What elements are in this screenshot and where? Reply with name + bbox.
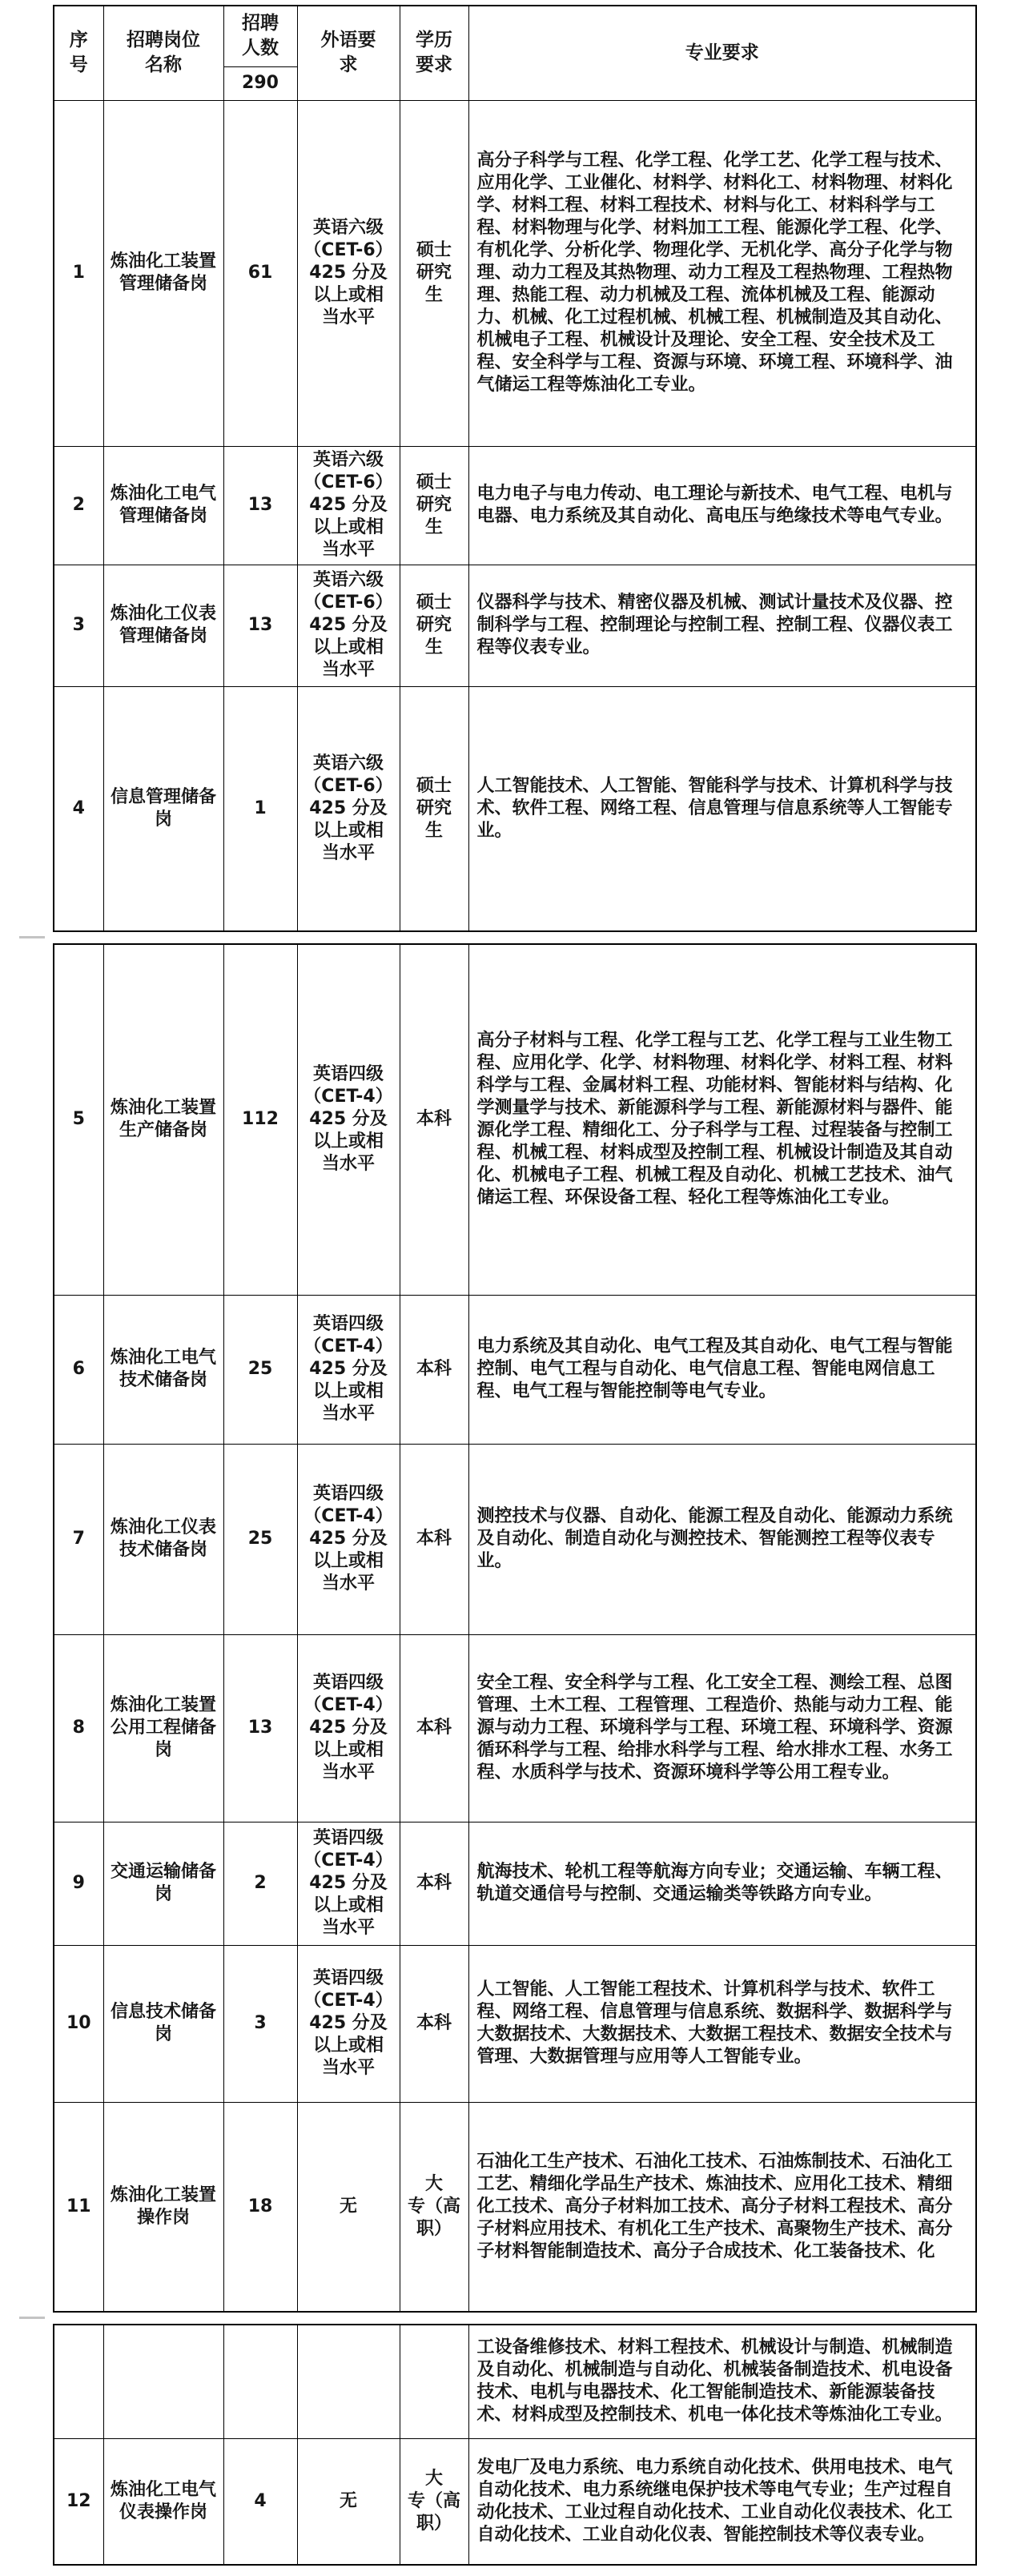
cell-education-requirement: 本科 xyxy=(400,944,468,1295)
cell-education-requirement: 本科 xyxy=(400,1634,468,1822)
page-break-dash xyxy=(19,2317,45,2319)
cell-major-requirement: 工设备维修技术、材料工程技术、机械设计与制造、机械制造及自动化、机械制造与自动化… xyxy=(468,2325,976,2438)
cell-position-name: 炼油化工电气管理储备岗 xyxy=(103,446,223,565)
cell-headcount: 25 xyxy=(223,1295,297,1444)
cell-language-requirement: 英语四级 （CET-4） 425 分及 以上或相 当水平 xyxy=(297,944,400,1295)
table-row: 12 炼油化工电气仪表操作岗 4 无 大 专（高 职） 发电厂及电力系统、电力系… xyxy=(54,2438,976,2565)
recruitment-table-segment-3: 工设备维修技术、材料工程技术、机械设计与制造、机械制造及自动化、机械制造与自动化… xyxy=(53,2324,977,2566)
table-row: 6 炼油化工电气技术储备岗 25 英语四级 （CET-4） 425 分及 以上或… xyxy=(54,1295,976,1444)
cell-position-name: 交通运输储备岗 xyxy=(103,1822,223,1945)
cell-headcount: 13 xyxy=(223,565,297,686)
table-row: 2 炼油化工电气管理储备岗 13 英语六级 （CET-6） 425 分及 以上或… xyxy=(54,446,976,565)
cell-position-name: 炼油化工仪表管理储备岗 xyxy=(103,565,223,686)
header-language-requirement: 外语要 求 xyxy=(297,6,400,100)
table-row: 4 信息管理储备岗 1 英语六级 （CET-6） 425 分及 以上或相 当水平… xyxy=(54,686,976,931)
cell-headcount xyxy=(223,2325,297,2438)
cell-position-name: 炼油化工电气技术储备岗 xyxy=(103,1295,223,1444)
cell-position-name: 炼油化工装置生产储备岗 xyxy=(103,944,223,1295)
cell-serial-number: 5 xyxy=(54,944,103,1295)
cell-language-requirement: 英语六级 （CET-6） 425 分及 以上或相 当水平 xyxy=(297,446,400,565)
cell-serial-number: 1 xyxy=(54,100,103,446)
cell-headcount: 2 xyxy=(223,1822,297,1945)
cell-headcount: 25 xyxy=(223,1444,297,1634)
cell-education-requirement xyxy=(400,2325,468,2438)
cell-language-requirement xyxy=(297,2325,400,2438)
cell-headcount: 13 xyxy=(223,446,297,565)
cell-major-requirement: 仪器科学与技术、精密仪器及机械、测试计量技术及仪器、控制科学与工程、控制理论与控… xyxy=(468,565,976,686)
cell-major-requirement: 高分子材料与工程、化学工程与工艺、化学工程与工业生物工程、应用化学、化学、材料物… xyxy=(468,944,976,1295)
header-headcount: 招聘 人数 xyxy=(223,6,297,66)
cell-serial-number: 6 xyxy=(54,1295,103,1444)
cell-language-requirement: 英语四级 （CET-4） 425 分及 以上或相 当水平 xyxy=(297,1634,400,1822)
cell-headcount: 1 xyxy=(223,686,297,931)
cell-position-name: 炼油化工仪表技术储备岗 xyxy=(103,1444,223,1634)
cell-position-name: 炼油化工电气仪表操作岗 xyxy=(103,2438,223,2565)
cell-education-requirement: 大 专（高 职） xyxy=(400,2102,468,2312)
cell-education-requirement: 大 专（高 职） xyxy=(400,2438,468,2565)
cell-education-requirement: 硕士 研究 生 xyxy=(400,446,468,565)
cell-position-name: 炼油化工装置管理储备岗 xyxy=(103,100,223,446)
table-row: 7 炼油化工仪表技术储备岗 25 英语四级 （CET-4） 425 分及 以上或… xyxy=(54,1444,976,1634)
table-row: 5 炼油化工装置生产储备岗 112 英语四级 （CET-4） 425 分及 以上… xyxy=(54,944,976,1295)
cell-language-requirement: 无 xyxy=(297,2438,400,2565)
cell-language-requirement: 英语六级 （CET-6） 425 分及 以上或相 当水平 xyxy=(297,100,400,446)
cell-position-name: 炼油化工装置公用工程储备岗 xyxy=(103,1634,223,1822)
cell-serial-number: 11 xyxy=(54,2102,103,2312)
table-row: 1 炼油化工装置管理储备岗 61 英语六级 （CET-6） 425 分及 以上或… xyxy=(54,100,976,446)
cell-education-requirement: 硕士 研究 生 xyxy=(400,100,468,446)
cell-language-requirement: 英语六级 （CET-6） 425 分及 以上或相 当水平 xyxy=(297,686,400,931)
header-row: 序 号 招聘岗位 名称 招聘 人数 外语要 求 学历 要求 专业要求 xyxy=(54,6,976,66)
cell-education-requirement: 本科 xyxy=(400,1822,468,1945)
cell-position-name: 信息技术储备岗 xyxy=(103,1945,223,2102)
cell-language-requirement: 英语四级 （CET-4） 425 分及 以上或相 当水平 xyxy=(297,1295,400,1444)
recruitment-positions-page: 序 号 招聘岗位 名称 招聘 人数 外语要 求 学历 要求 专业要求 290 1… xyxy=(0,0,1025,2566)
recruitment-table-segment-2: 5 炼油化工装置生产储备岗 112 英语四级 （CET-4） 425 分及 以上… xyxy=(53,943,977,2313)
cell-major-requirement: 人工智能、人工智能工程技术、计算机科学与技术、软件工程、网络工程、信息管理与信息… xyxy=(468,1945,976,2102)
cell-serial-number: 12 xyxy=(54,2438,103,2565)
cell-serial-number xyxy=(54,2325,103,2438)
cell-education-requirement: 本科 xyxy=(400,1295,468,1444)
cell-serial-number: 2 xyxy=(54,446,103,565)
cell-position-name: 炼油化工装置操作岗 xyxy=(103,2102,223,2312)
cell-education-requirement: 硕士 研究 生 xyxy=(400,686,468,931)
cell-position-name xyxy=(103,2325,223,2438)
cell-serial-number: 3 xyxy=(54,565,103,686)
cell-headcount: 61 xyxy=(223,100,297,446)
cell-language-requirement: 英语四级 （CET-4） 425 分及 以上或相 当水平 xyxy=(297,1822,400,1945)
cell-major-requirement: 电力系统及其自动化、电气工程及其自动化、电气工程与智能控制、电气工程与自动化、电… xyxy=(468,1295,976,1444)
cell-major-requirement: 航海技术、轮机工程等航海方向专业；交通运输、车辆工程、轨道交通信号与控制、交通运… xyxy=(468,1822,976,1945)
cell-serial-number: 4 xyxy=(54,686,103,931)
cell-major-requirement: 电力电子与电力传动、电工理论与新技术、电气工程、电机与电器、电力系统及其自动化、… xyxy=(468,446,976,565)
table-row: 8 炼油化工装置公用工程储备岗 13 英语四级 （CET-4） 425 分及 以… xyxy=(54,1634,976,1822)
total-headcount-value: 290 xyxy=(223,66,297,100)
cell-education-requirement: 本科 xyxy=(400,1945,468,2102)
cell-language-requirement: 英语四级 （CET-4） 425 分及 以上或相 当水平 xyxy=(297,1444,400,1634)
cell-serial-number: 8 xyxy=(54,1634,103,1822)
header-serial-number: 序 号 xyxy=(54,6,103,100)
cell-major-requirement: 人工智能技术、人工智能、智能科学与技术、计算机科学与技术、软件工程、网络工程、信… xyxy=(468,686,976,931)
page-break-dash xyxy=(19,936,45,938)
recruitment-table-segment-1: 序 号 招聘岗位 名称 招聘 人数 外语要 求 学历 要求 专业要求 290 1… xyxy=(53,5,977,932)
cell-headcount: 4 xyxy=(223,2438,297,2565)
cell-education-requirement: 硕士 研究 生 xyxy=(400,565,468,686)
cell-language-requirement: 无 xyxy=(297,2102,400,2312)
cell-headcount: 3 xyxy=(223,1945,297,2102)
cell-position-name: 信息管理储备岗 xyxy=(103,686,223,931)
cell-serial-number: 7 xyxy=(54,1444,103,1634)
table-row: 9 交通运输储备岗 2 英语四级 （CET-4） 425 分及 以上或相 当水平… xyxy=(54,1822,976,1945)
cell-language-requirement: 英语六级 （CET-6） 425 分及 以上或相 当水平 xyxy=(297,565,400,686)
cell-serial-number: 10 xyxy=(54,1945,103,2102)
cell-major-requirement: 发电厂及电力系统、电力系统自动化技术、供用电技术、电气自动化技术、电力系统继电保… xyxy=(468,2438,976,2565)
cell-major-requirement: 石油化工生产技术、石油化工技术、石油炼制技术、石油化工工艺、精细化学品生产技术、… xyxy=(468,2102,976,2312)
table-row: 3 炼油化工仪表管理储备岗 13 英语六级 （CET-6） 425 分及 以上或… xyxy=(54,565,976,686)
table-row-continuation: 工设备维修技术、材料工程技术、机械设计与制造、机械制造及自动化、机械制造与自动化… xyxy=(54,2325,976,2438)
header-education-requirement: 学历 要求 xyxy=(400,6,468,100)
page-break-gap xyxy=(53,2313,975,2324)
table-row: 10 信息技术储备岗 3 英语四级 （CET-4） 425 分及 以上或相 当水… xyxy=(54,1945,976,2102)
cell-language-requirement: 英语四级 （CET-4） 425 分及 以上或相 当水平 xyxy=(297,1945,400,2102)
cell-headcount: 112 xyxy=(223,944,297,1295)
page-break-gap xyxy=(53,932,975,943)
header-major-requirement: 专业要求 xyxy=(468,6,976,100)
cell-headcount: 13 xyxy=(223,1634,297,1822)
cell-headcount: 18 xyxy=(223,2102,297,2312)
cell-major-requirement: 高分子科学与工程、化学工程、化学工艺、化学工程与技术、应用化学、工业催化、材料学… xyxy=(468,100,976,446)
cell-serial-number: 9 xyxy=(54,1822,103,1945)
cell-major-requirement: 测控技术与仪器、自动化、能源工程及自动化、能源动力系统及自动化、制造自动化与测控… xyxy=(468,1444,976,1634)
header-position-name: 招聘岗位 名称 xyxy=(103,6,223,100)
table-row: 11 炼油化工装置操作岗 18 无 大 专（高 职） 石油化工生产技术、石油化工… xyxy=(54,2102,976,2312)
cell-major-requirement: 安全工程、安全科学与工程、化工安全工程、测绘工程、总图管理、土木工程、工程管理、… xyxy=(468,1634,976,1822)
cell-education-requirement: 本科 xyxy=(400,1444,468,1634)
